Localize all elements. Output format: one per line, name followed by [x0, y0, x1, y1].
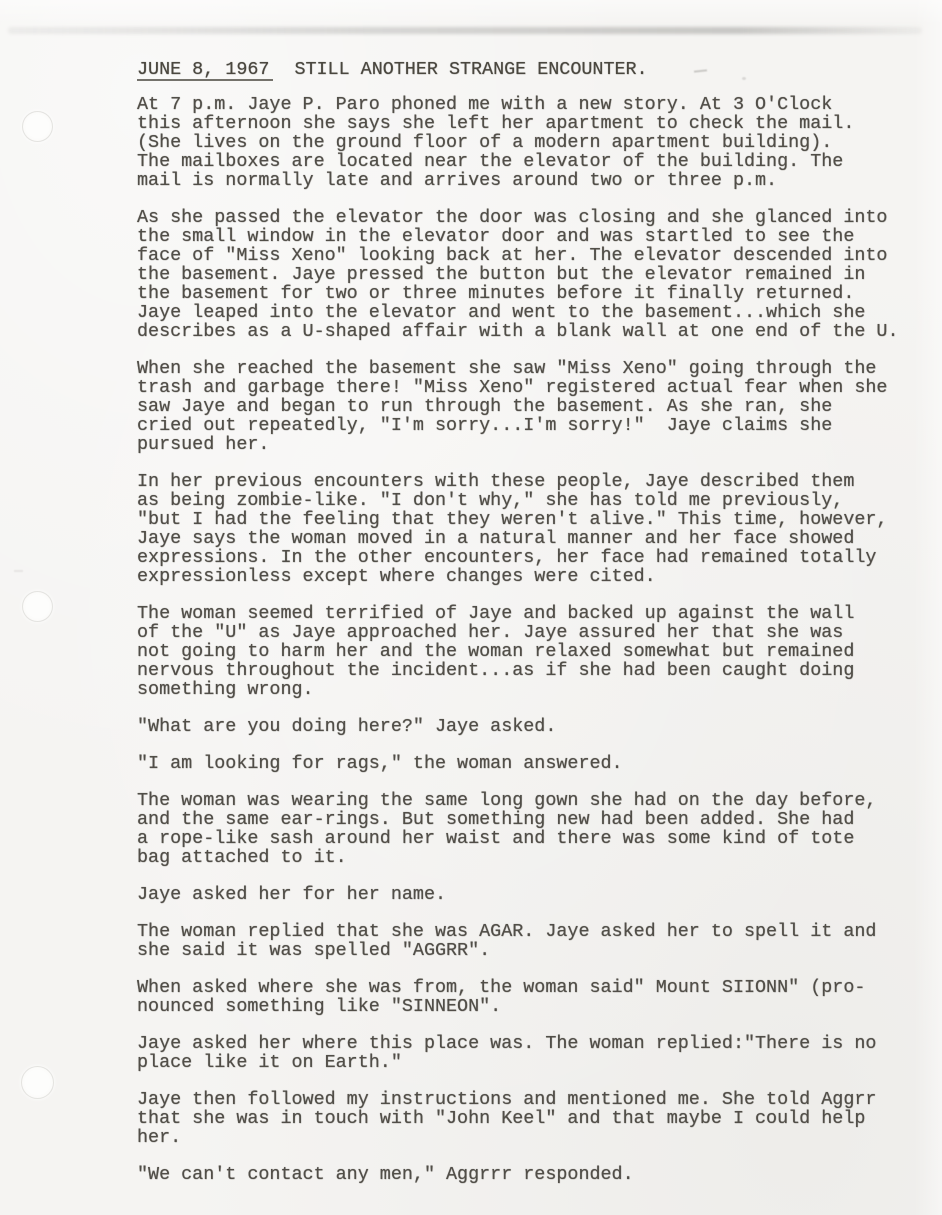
paragraph-agar-spelling: The woman replied that she was AGAR. Jay… [137, 922, 927, 960]
paragraph-asked-name: Jaye asked her for her name. [137, 885, 927, 904]
punch-hole-bottom [21, 1066, 54, 1099]
paragraph-previous-encounters: In her previous encounters with these pe… [137, 472, 927, 586]
paragraph-basement-chase: When she reached the basement she saw "M… [137, 359, 927, 454]
paragraph-answer-rags: "I am looking for rags," the woman answe… [137, 754, 927, 773]
document-heading: JUNE 8, 1967STILL ANOTHER STRANGE ENCOUN… [137, 60, 927, 81]
paragraph-mount-siionn: When asked where she was from, the woman… [137, 978, 927, 1016]
paragraph-john-keel-mention: Jaye then followed my instructions and m… [137, 1090, 927, 1147]
stray-mark-tick [14, 570, 23, 572]
heading-title: STILL ANOTHER STRANGE ENCOUNTER. [294, 59, 647, 80]
document-page: JUNE 8, 1967STILL ANOTHER STRANGE ENCOUN… [0, 0, 942, 1215]
heading-date: JUNE 8, 1967 [137, 60, 273, 81]
paragraph-woman-terrified: The woman seemed terrified of Jaye and b… [137, 604, 927, 699]
paragraph-question-doing: "What are you doing here?" Jaye asked. [137, 717, 927, 736]
typewritten-text: JUNE 8, 1967STILL ANOTHER STRANGE ENCOUN… [137, 60, 927, 1202]
paragraph-gown-sash: The woman was wearing the same long gown… [137, 791, 927, 867]
punch-hole-top [22, 111, 53, 142]
paragraph-cant-contact-men: "We can't contact any men," Aggrrr respo… [137, 1165, 927, 1184]
punch-hole-middle [22, 591, 53, 622]
paragraph-elevator: As she passed the elevator the door was … [137, 208, 927, 341]
scan-streak-artifact [8, 27, 922, 34]
paragraph-mail-check: At 7 p.m. Jaye P. Paro phoned me with a … [137, 95, 927, 190]
paragraph-no-place-like-it: Jaye asked her where this place was. The… [137, 1034, 927, 1072]
